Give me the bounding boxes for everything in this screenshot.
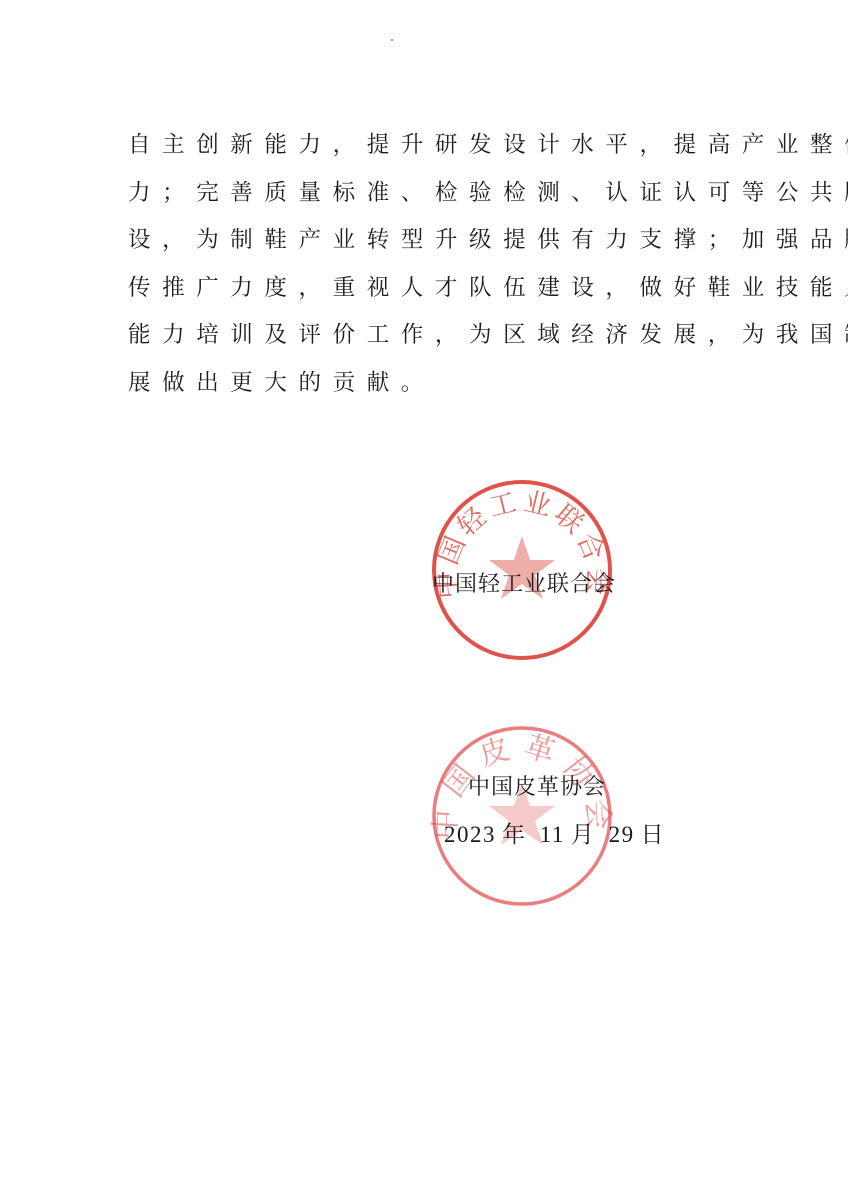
body-line: 展做出更大的贡献。 (128, 366, 748, 414)
body-line: 能力培训及评价工作，为区域经济发展，为我国制鞋行业发 (128, 318, 748, 366)
body-line: 设，为制鞋产业转型升级提供有力支撑；加强品牌培育和宣 (128, 223, 748, 271)
date-year: 2023 (444, 822, 496, 847)
signatory-org-1: 中国轻工业联合会 (432, 567, 616, 598)
date-year-unit: 年 (502, 822, 527, 847)
date-day-unit: 日 (641, 822, 666, 847)
body-line: 传推广力度，重视人才队伍建设，做好鞋业技能人才的职业 (128, 271, 748, 319)
date-month: 11 (540, 822, 565, 847)
date-month-unit: 月 (571, 822, 596, 847)
signatory-org-2: 中国皮革协会 (468, 770, 606, 801)
scan-speck (391, 39, 393, 41)
body-line: 力；完善质量标准、检验检测、认证认可等公共服务平台建 (128, 176, 748, 224)
signature-date: 2023年 11月 29日 (444, 816, 671, 849)
date-day: 29 (609, 822, 635, 847)
body-paragraph: 自主创新能力，提升研发设计水平，提高产业整体核心竞争 力；完善质量标准、检验检测… (128, 128, 748, 414)
document-page: 自主创新能力，提升研发设计水平，提高产业整体核心竞争 力；完善质量标准、检验检测… (0, 0, 848, 1200)
body-line: 自主创新能力，提升研发设计水平，提高产业整体核心竞争 (128, 128, 748, 176)
